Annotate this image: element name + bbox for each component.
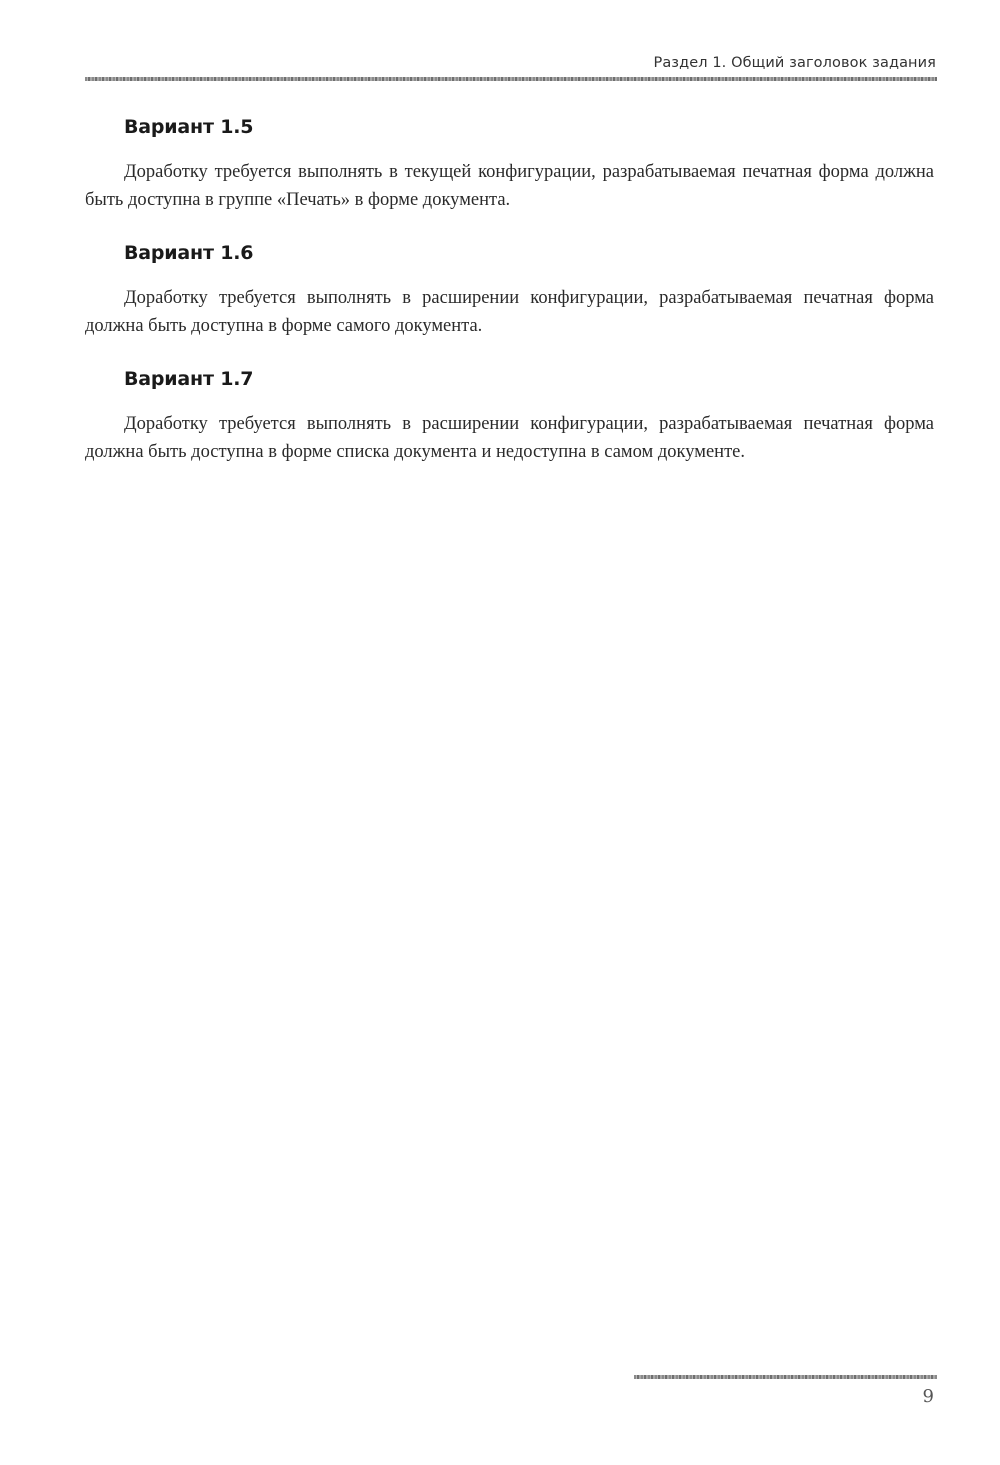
- page-number: 9: [923, 1386, 934, 1407]
- header-rule: [85, 77, 937, 81]
- variant-text: Доработку требуется выполнять в расширен…: [85, 410, 934, 466]
- page-content: Вариант 1.5 Доработку требуется выполнят…: [85, 116, 934, 494]
- variant-section: Вариант 1.6 Доработку требуется выполнят…: [85, 242, 934, 340]
- running-header-title: Раздел 1. Общий заголовок задания: [653, 55, 936, 71]
- variant-section: Вариант 1.5 Доработку требуется выполнят…: [85, 116, 934, 214]
- variant-text: Доработку требуется выполнять в текущей …: [85, 158, 934, 214]
- variant-title: Вариант 1.6: [124, 242, 934, 264]
- variant-title: Вариант 1.7: [124, 368, 934, 390]
- variant-section: Вариант 1.7 Доработку требуется выполнят…: [85, 368, 934, 466]
- footer-rule: [634, 1375, 937, 1379]
- variant-title: Вариант 1.5: [124, 116, 934, 138]
- variant-text: Доработку требуется выполнять в расширен…: [85, 284, 934, 340]
